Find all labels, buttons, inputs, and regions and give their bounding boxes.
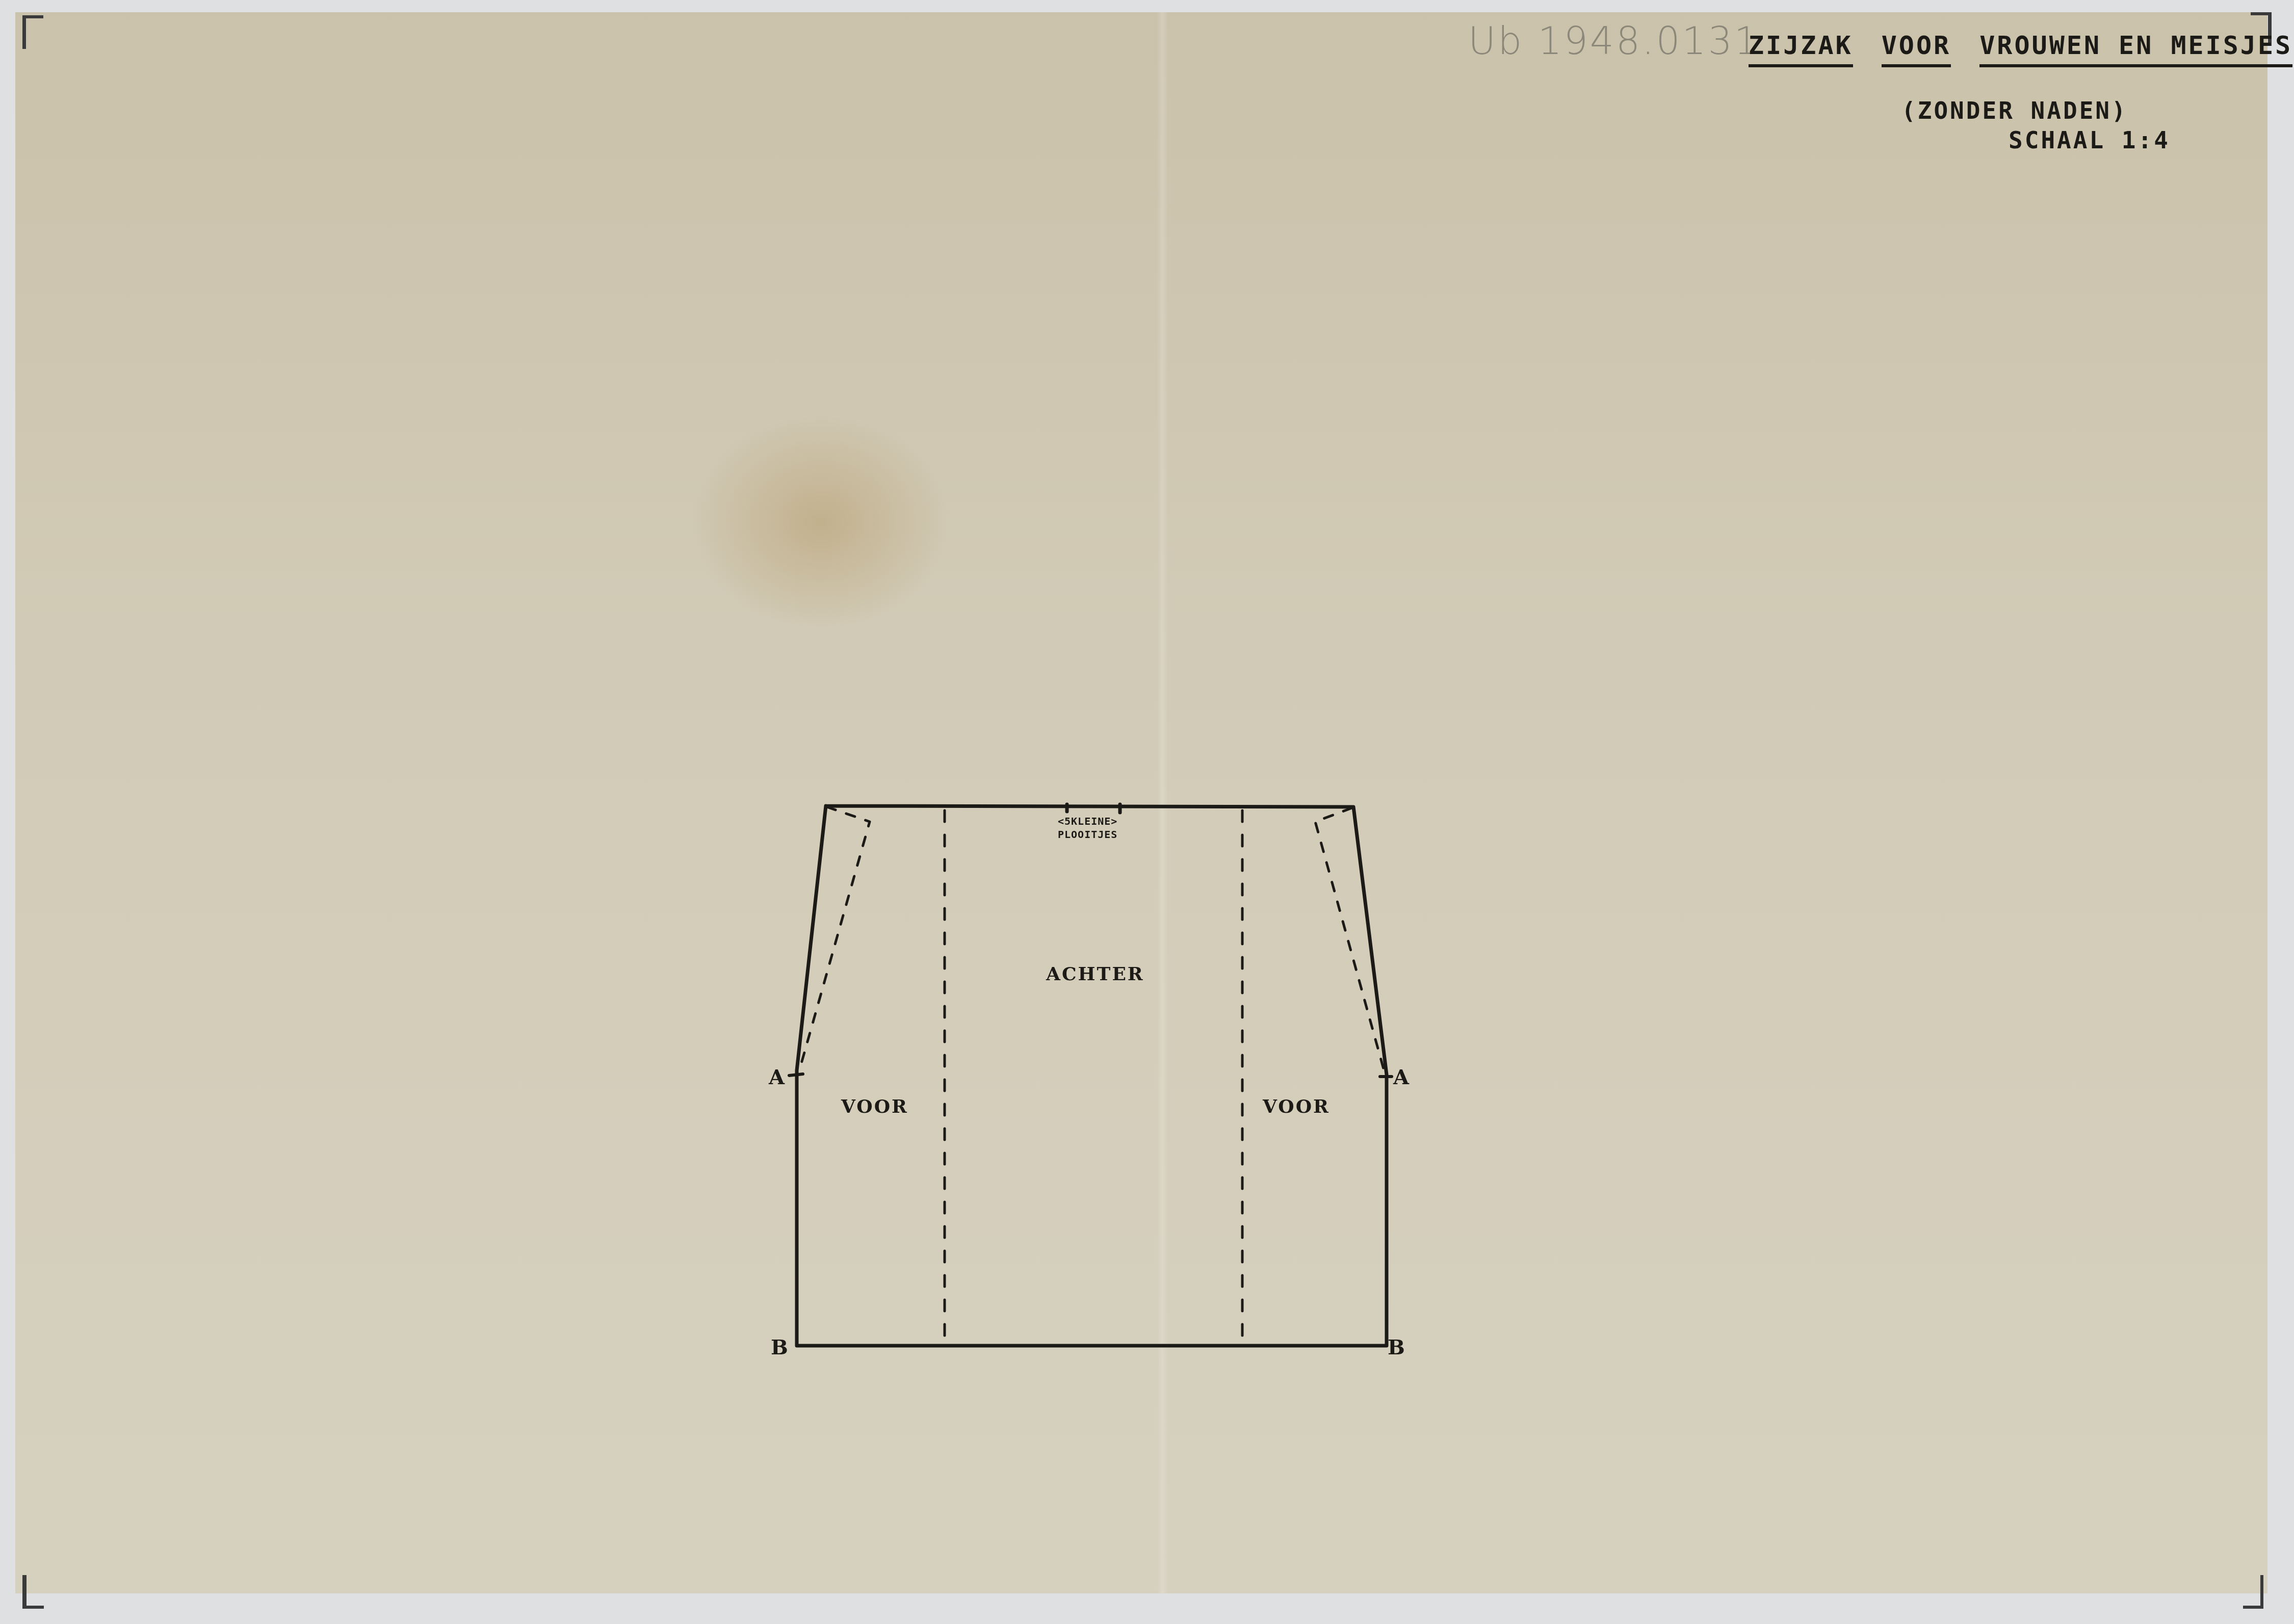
point-label-a-right: A <box>1393 1065 1409 1089</box>
piece-label-front-right: VOOR <box>1263 1096 1330 1117</box>
pattern-drawing <box>0 0 2294 1624</box>
pleats-note-line1: <5KLEINE> <box>1058 815 1117 828</box>
point-label-b-right: B <box>1388 1335 1405 1359</box>
pleats-note-line2: PLOOITJES <box>1058 828 1117 841</box>
piece-label-front-left: VOOR <box>841 1096 908 1117</box>
point-a-left-tick <box>789 1074 803 1076</box>
point-label-b-left: B <box>771 1335 788 1359</box>
pattern-outline <box>797 806 1387 1346</box>
piece-label-back: ACHTER <box>1046 963 1144 985</box>
point-label-a-left: A <box>769 1065 785 1089</box>
pleats-note: <5KLEINE> PLOOITJES <box>1058 815 1117 841</box>
dart-line-right <box>1315 808 1385 1072</box>
